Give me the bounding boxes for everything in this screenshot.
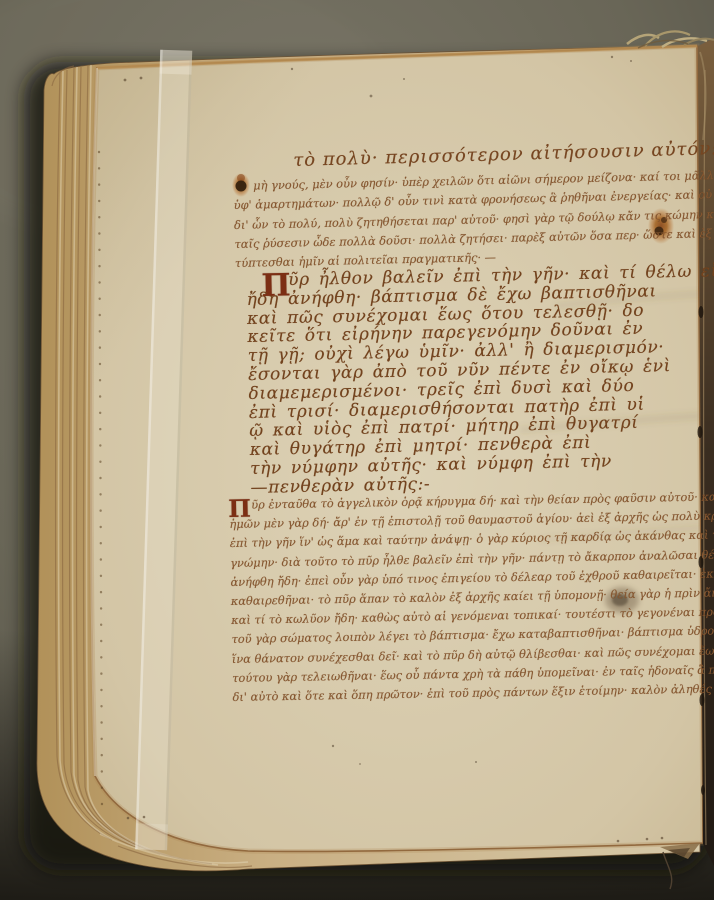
page-text-layer: τὸ πολὺ· περισσότερον αἰτήσουσιν αὐτόν:-…: [0, 0, 714, 900]
scholion-lower-block: ῦρ ἐνταῦθα τὸ ἀγγελικὸν ὁρᾷ κήρυγμα δή· …: [229, 488, 679, 707]
gospel-lemma-block: ῦρ ἦλθον βαλεῖν ἐπὶ τὴν γῆν· καὶ τί θέλω…: [246, 262, 714, 497]
photo-of-manuscript: τὸ πολὺ· περισσότερον αἰτήσουσιν αὐτόν:-…: [0, 0, 714, 900]
scholion-upper-block: μὴ γνούς, μὲν οὖν φησίν· ὑπὲρ χειλῶν ὅτι…: [233, 167, 677, 273]
lemma-heading-line: τὸ πολὺ· περισσότερον αἰτήσουσιν αὐτόν:-: [293, 138, 714, 171]
